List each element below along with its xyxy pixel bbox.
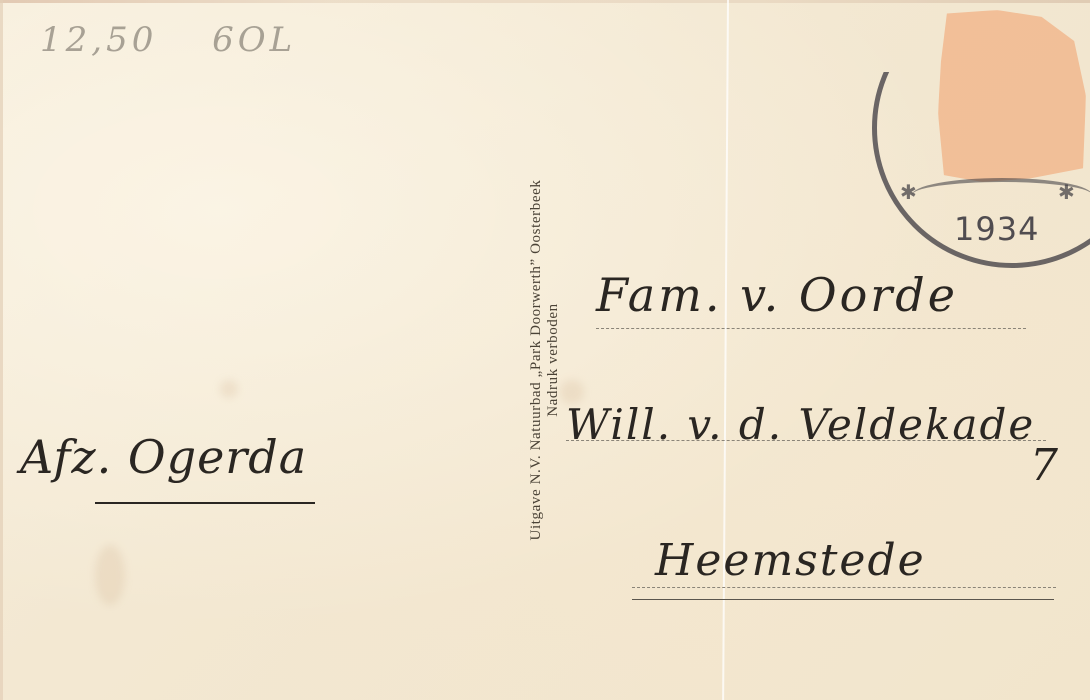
publisher-line-1: Uitgave N.V. Natuurbad „Park Doorwerth” … — [528, 100, 545, 620]
address-rule-final — [632, 599, 1054, 600]
address-rule-2 — [566, 440, 1046, 441]
pencil-notes: 12,50 6OL — [40, 20, 336, 60]
postmark-star-icon: ✱ — [1058, 180, 1075, 205]
address-line-2: Will. v. d. Veldekade — [566, 400, 1035, 449]
publisher-imprint: Uitgave N.V. Natuurbad „Park Doorwerth” … — [528, 100, 562, 620]
publisher-line-2: Nadruk verboden — [545, 100, 562, 620]
postcard-back: 12,50 6OL Uitgave N.V. Natuurbad „Park D… — [0, 0, 1090, 700]
card-edge-left — [0, 0, 3, 700]
pencil-price: 12,50 — [40, 20, 157, 60]
address-city: Heemstede — [655, 535, 926, 586]
sender-underline — [95, 502, 315, 504]
postmark-star-icon: ✱ — [900, 180, 917, 205]
address-rule-3 — [632, 587, 1056, 588]
postmark-year: 1934 — [954, 210, 1039, 248]
foxing-stain — [95, 545, 125, 605]
foxing-stain — [220, 380, 238, 398]
address-rule-1 — [596, 328, 1026, 329]
address-line-1: Fam. v. Oorde — [596, 268, 958, 322]
sender-note: Afz. Ogerda — [20, 430, 307, 484]
card-edge-top — [0, 0, 1090, 3]
address-house-number: 7 — [1030, 440, 1058, 491]
pencil-code: 6OL — [212, 20, 296, 60]
center-divider-line — [722, 0, 729, 700]
